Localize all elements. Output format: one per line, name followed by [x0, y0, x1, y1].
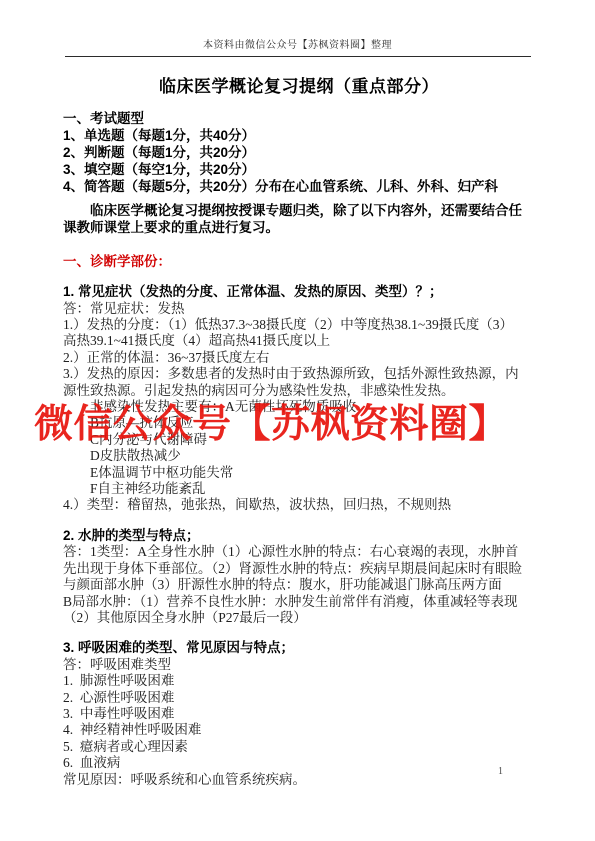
- text-line: 源性致热源。引起发热的病因可分为感染性发热，非感染性发热。: [63, 383, 535, 399]
- question-3-heading: 3. 呼吸困难的类型、常见原因与特点；: [63, 639, 535, 657]
- question-3-body: 答：呼吸困难类型1. 肺源性呼吸困难2. 心源性呼吸困难3. 中毒性呼吸困难4.…: [63, 657, 535, 788]
- text-line: 常见原因：呼吸系统和心血管系统疾病。: [63, 772, 535, 788]
- text-line: 课教师课堂上要求的重点进行复习。: [63, 219, 535, 236]
- page-title: 临床医学概论复习提纲（重点部分）: [63, 72, 535, 97]
- text-line: 与颜面部水肿（3）肝源性水肿的特点：腹水，肝功能减退门脉高压两方面: [63, 577, 535, 593]
- text-line: 高热39.1~41摄氏度（4）超高热41摄氏度以上: [63, 333, 535, 349]
- text-line: 1、单选题（每题1分，共40分）: [63, 127, 535, 144]
- text-line: 4. 神经精神性呼吸困难: [63, 722, 535, 738]
- text-line: F自主神经功能紊乱: [63, 481, 535, 497]
- text-line: B局部水肿：（1）营养不良性水肿：水肿发生前常伴有消瘦，体重减轻等表现: [63, 594, 535, 610]
- text-line: 临床医学概论复习提纲按授课专题归类，除了以下内容外，还需要结合任: [63, 202, 535, 219]
- question-1: 1. 常见症状（发热的分度、正常体温、发热的原因、类型）？； 答：常见症状：发热…: [63, 283, 535, 514]
- exam-types-list: 1、单选题（每题1分，共40分）2、判断题（每题1分，共20分）3、填空题（每空…: [63, 127, 535, 195]
- text-line: 2.）正常的体温：36~37摄氏度左右: [63, 350, 535, 366]
- text-line: E体温调节中枢功能失常: [63, 465, 535, 481]
- exam-types-section: 一、考试题型 1、单选题（每题1分，共40分）2、判断题（每题1分，共20分）3…: [63, 110, 535, 195]
- text-line: 3.）发热的原因：多数患者的发热时由于致热源所致，包括外源性致热源，内: [63, 366, 535, 382]
- question-2-body: 答：1类型：A全身性水肿（1）心源性水肿的特点：右心衰竭的表现，水肿首先出现于身…: [63, 544, 535, 626]
- text-line: 6. 血液病: [63, 755, 535, 771]
- text-line: 答：常见症状：发热: [63, 301, 535, 317]
- question-2-heading: 2. 水肿的类型与特点；: [63, 527, 535, 545]
- exam-types-heading: 一、考试题型: [63, 110, 535, 127]
- part-heading-diagnostics: 一、诊断学部份：: [63, 253, 535, 270]
- question-3: 3. 呼吸困难的类型、常见原因与特点； 答：呼吸困难类型1. 肺源性呼吸困难2.…: [63, 639, 535, 788]
- question-1-body: 答：常见症状：发热1.）发热的分度：（1）低热37.3~38摄氏度（2）中等度热…: [63, 301, 535, 514]
- text-line: 5. 癔病者或心理因素: [63, 739, 535, 755]
- text-line: 1. 肺源性呼吸困难: [63, 673, 535, 689]
- page-number: 1: [498, 766, 503, 777]
- text-line: 3、填空题（每空1分，共20分）: [63, 161, 535, 178]
- text-line: （2）其他原因全身水肿（P27最后一段）: [63, 610, 535, 626]
- text-line: D皮肤散热减少: [63, 448, 535, 464]
- text-line: 先出现于身体下垂部位。（2）肾源性水肿的特点：疾病早期晨间起床时有眼睑: [63, 561, 535, 577]
- text-line: C内分泌与代谢障碍: [63, 432, 535, 448]
- text-line: 2. 心源性呼吸困难: [63, 690, 535, 706]
- text-line: 2、判断题（每题1分，共20分）: [63, 144, 535, 161]
- document-content: 临床医学概论复习提纲（重点部分） 一、考试题型 1、单选题（每题1分，共40分）…: [63, 68, 535, 788]
- question-1-heading: 1. 常见症状（发热的分度、正常体温、发热的原因、类型）？；: [63, 283, 535, 301]
- document-page: 本资料由微信公众号【苏枫资料圈】整理 临床医学概论复习提纲（重点部分） 一、考试…: [0, 0, 595, 841]
- text-line: 答：1类型：A全身性水肿（1）心源性水肿的特点：右心衰竭的表现，水肿首: [63, 544, 535, 560]
- text-line: 非感染性发热主要有：A无菌性坏死物质吸收: [63, 399, 535, 415]
- text-line: B抗原—抗体反应: [63, 415, 535, 431]
- header-note: 本资料由微信公众号【苏枫资料圈】整理: [0, 36, 595, 51]
- text-line: 4.）类型：稽留热，弛张热，间歇热，波状热，回归热，不规则热: [63, 497, 535, 513]
- header-divider: [65, 56, 531, 57]
- question-2: 2. 水肿的类型与特点； 答：1类型：A全身性水肿（1）心源性水肿的特点：右心衰…: [63, 527, 535, 627]
- text-line: 4、简答题（每题5分，共20分）分布在心血管系统、儿科、外科、妇产科: [63, 178, 535, 195]
- text-line: 1.）发热的分度：（1）低热37.3~38摄氏度（2）中等度热38.1~39摄氏…: [63, 317, 535, 333]
- text-line: 答：呼吸困难类型: [63, 657, 535, 673]
- intro-paragraph: 临床医学概论复习提纲按授课专题归类，除了以下内容外，还需要结合任课教师课堂上要求…: [63, 202, 535, 236]
- text-line: 3. 中毒性呼吸困难: [63, 706, 535, 722]
